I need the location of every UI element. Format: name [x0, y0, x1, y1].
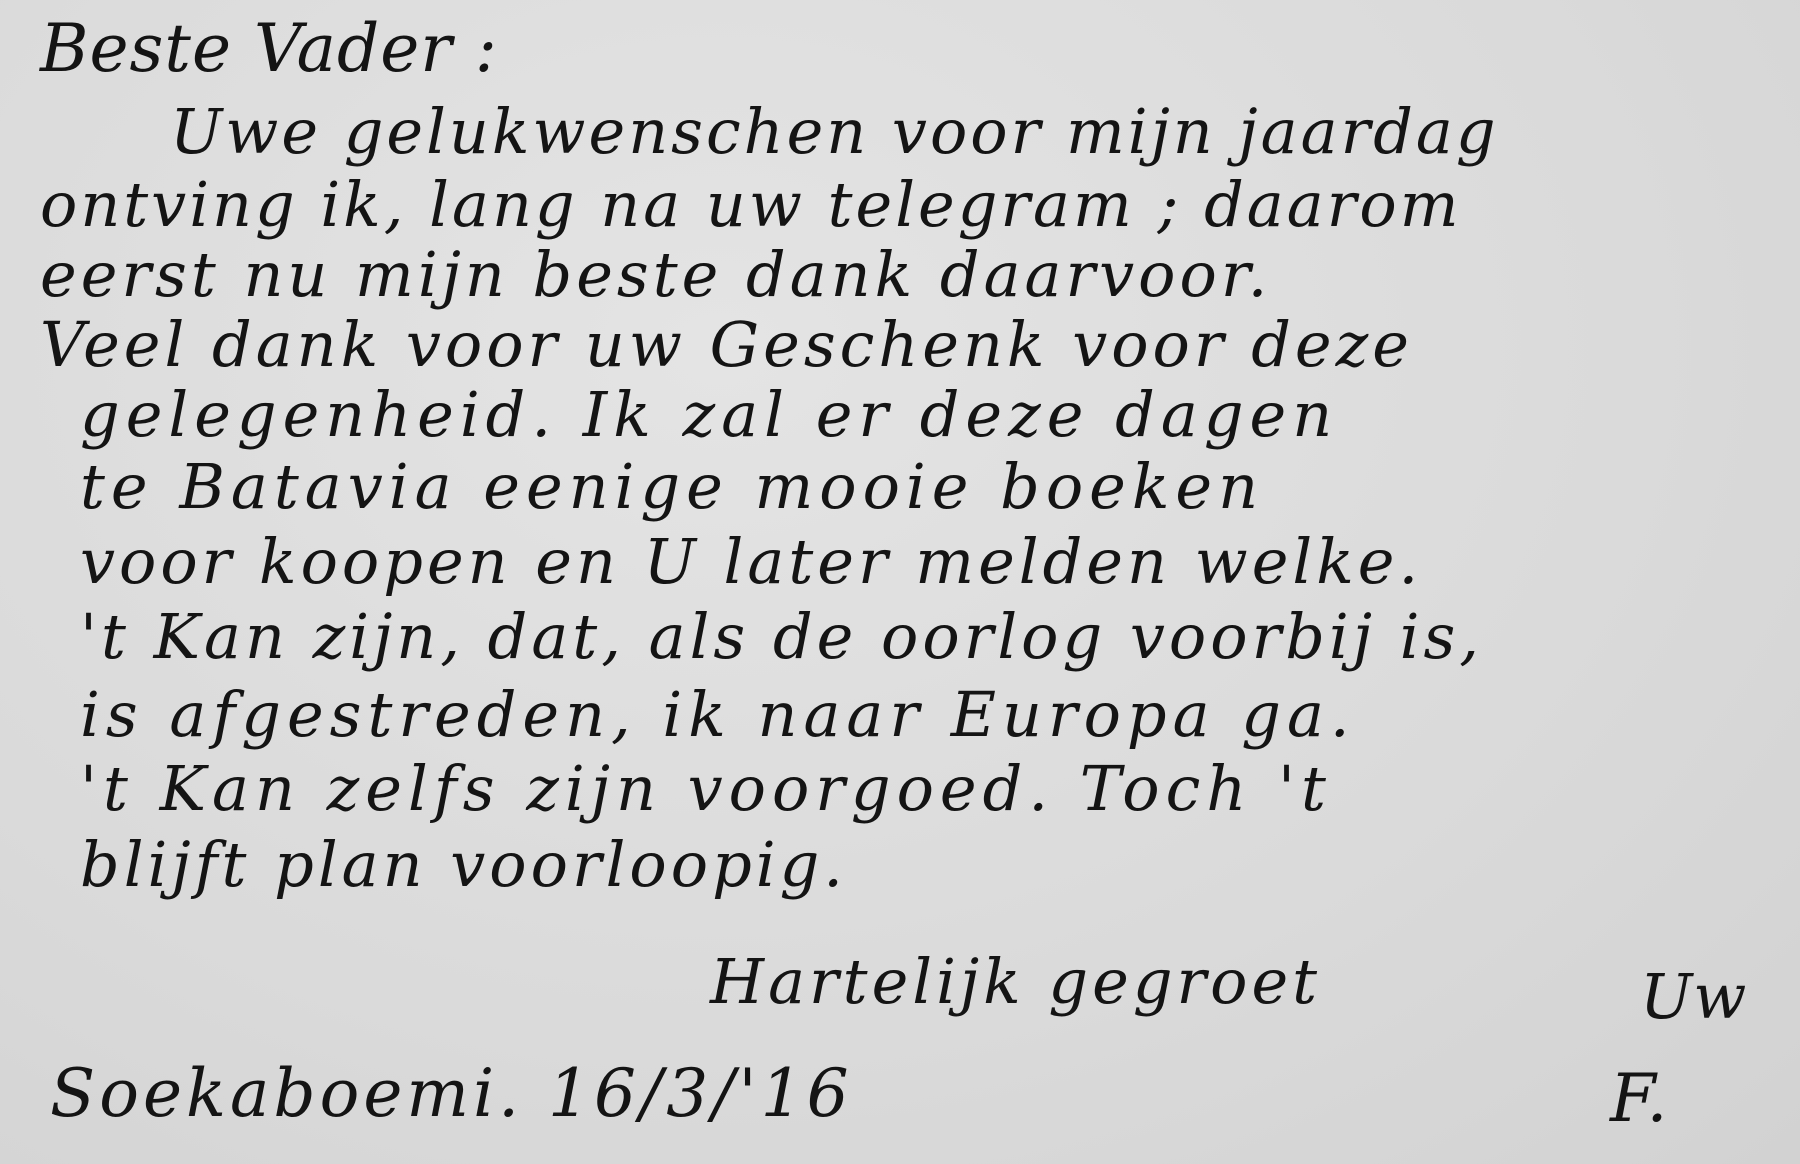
body-line: eerst nu mijn beste dank daarvoor.: [40, 238, 1271, 311]
place-and-date: Soekaboemi. 16/3/'16: [50, 1055, 853, 1132]
closing-sign: Uw: [1640, 960, 1747, 1033]
body-line: Uwe gelukwenschen voor mijn jaardag: [170, 95, 1499, 168]
body-line: 't Kan zelfs zijn voorgoed. Toch 't: [80, 752, 1332, 825]
salutation: Beste Vader :: [40, 10, 498, 87]
body-line: ontving ik, lang na uw telegram ; daarom: [40, 168, 1462, 241]
body-line: blijft plan voorloopig.: [80, 828, 847, 901]
letter-page: Beste Vader : Uwe gelukwenschen voor mij…: [0, 0, 1800, 1164]
body-line: is afgestreden, ik naar Europa ga.: [80, 678, 1356, 751]
signature-initial: F.: [1610, 1060, 1669, 1137]
body-line: gelegenheid. Ik zal er deze dagen: [80, 378, 1338, 451]
body-line: 't Kan zijn, dat, als de oorlog voorbij …: [80, 600, 1483, 673]
body-line: voor koopen en U later melden welke.: [80, 525, 1422, 598]
body-line: Veel dank voor uw Geschenk voor deze: [40, 308, 1413, 381]
body-line: te Batavia eenige mooie boeken: [80, 450, 1264, 523]
closing: Hartelijk gegroet: [710, 945, 1321, 1018]
